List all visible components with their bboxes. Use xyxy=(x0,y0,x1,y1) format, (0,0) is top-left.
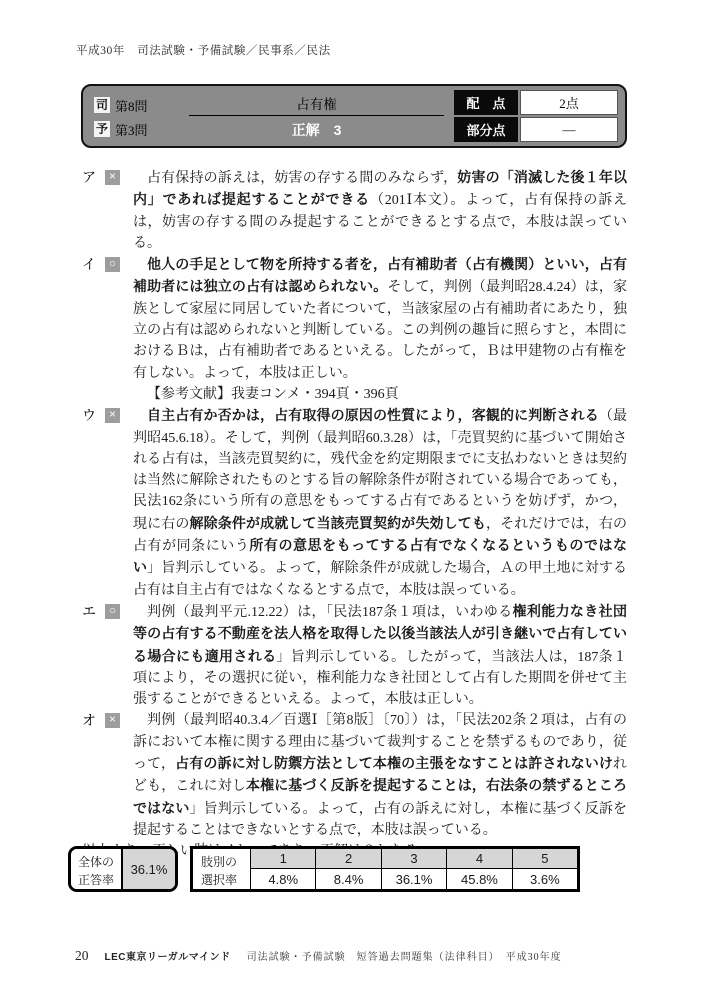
yobi-question-number: 第3問 xyxy=(115,120,148,139)
divider-line xyxy=(189,115,444,116)
yobi-question-row: 予 第3問 xyxy=(94,117,187,141)
explanation-paragraph: 判例（最判昭40.3.4／百選Ⅰ［第8版］〔70〕）は，「民法202条２項は，占… xyxy=(133,710,627,841)
points-table: 配 点 2点 部分点 — xyxy=(454,90,618,142)
choice-explanation-section: エ ○ 判例（最判平元.12.22）は，「民法187条１項は，いわゆる権利能力な… xyxy=(82,601,627,710)
choice-rate-value: 8.4% xyxy=(315,869,380,889)
choice-text: 占有保持の訴えは，妨害の存する間のみならず，妨害の「消滅した後１年以内」であれば… xyxy=(133,167,627,254)
choice-label: オ xyxy=(82,710,105,731)
choice-rate-value: 3.6% xyxy=(512,869,577,889)
choice-column-header: 2 xyxy=(315,849,380,869)
shihou-question-row: 司 第8問 xyxy=(94,93,187,117)
choice-rate-label-line1: 肢別の xyxy=(201,853,244,871)
overall-rate-label-line2: 正答率 xyxy=(78,871,114,889)
explanation-paragraph: 他人の手足として物を所持する者を，占有補助者（占有機関）といい，占有補助者には独… xyxy=(133,254,627,384)
explanation-list: ア × 占有保持の訴えは，妨害の存する間のみならず，妨害の「消滅した後１年以内」… xyxy=(82,167,627,841)
choice-mark-icon: × xyxy=(105,408,120,423)
choice-column-header: 3 xyxy=(381,849,446,869)
choice-rate-values: 4.8%8.4%36.1%45.8%3.6% xyxy=(251,869,577,889)
footer-title: 司法試験・予備試験 短答過去問題集（法律科目） 平成30年度 xyxy=(247,948,562,963)
choice-mark-icon: × xyxy=(105,170,120,185)
choice-label: イ xyxy=(82,254,105,275)
question-title-box: 司 第8問 予 第3問 占有権 正解 3 配 点 2点 部分点 — xyxy=(81,84,627,148)
choice-explanation-section: ウ × 自主占有か否かは，占有取得の原因の性質により，客観的に判断される（最判昭… xyxy=(82,405,627,601)
points-value: 2点 xyxy=(520,90,618,115)
choice-explanation-section: イ ○ 他人の手足として物を所持する者を，占有補助者（占有機関）といい，占有補助… xyxy=(82,254,627,405)
choice-rate-headers: 12345 xyxy=(251,849,577,869)
explanation-paragraph: 判例（最判平元.12.22）は，「民法187条１項は，いわゆる権利能力なき社団等… xyxy=(133,601,627,710)
shihou-exam-badge: 司 xyxy=(94,97,110,113)
choice-rate-table: 肢別の 選択率 12345 4.8%8.4%36.1%45.8%3.6% xyxy=(190,846,580,892)
explanation-paragraph: 自主占有か否かは，占有取得の原因の性質により，客観的に判断される（最判昭45.6… xyxy=(133,405,627,601)
choice-mark-icon: ○ xyxy=(105,604,120,619)
subject-and-answer: 占有権 正解 3 xyxy=(187,86,454,146)
choice-rate-columns: 12345 4.8%8.4%36.1%45.8%3.6% xyxy=(251,849,577,889)
choice-rate-value: 45.8% xyxy=(446,869,511,889)
choice-text: 自主占有か否かは，占有取得の原因の性質により，客観的に判断される（最判昭45.6… xyxy=(133,405,627,601)
partial-points-value: — xyxy=(520,117,618,142)
choice-rate-label-line2: 選択率 xyxy=(201,871,244,889)
choice-label: ウ xyxy=(82,405,105,426)
subject-title: 占有権 xyxy=(189,93,444,114)
explanation-body: ア × 占有保持の訴えは，妨害の存する間のみならず，妨害の「消滅した後１年以内」… xyxy=(82,167,627,863)
explanation-paragraph: 占有保持の訴えは，妨害の存する間のみならず，妨害の「消滅した後１年以内」であれば… xyxy=(133,167,627,254)
choice-label: エ xyxy=(82,601,105,622)
choice-column-header: 4 xyxy=(446,849,511,869)
overall-rate-label: 全体の 正答率 xyxy=(71,849,123,889)
yobi-exam-badge: 予 xyxy=(94,121,110,137)
points-label: 配 点 xyxy=(454,90,518,115)
choice-text: 他人の手足として物を所持する者を，占有補助者（占有機関）といい，占有補助者には独… xyxy=(133,254,627,405)
choice-mark-icon: × xyxy=(105,713,120,728)
statistics: 全体の 正答率 36.1% 肢別の 選択率 12345 4.8%8.4%36.1… xyxy=(68,846,580,892)
lec-logo: LEC東京リーガルマインド xyxy=(105,948,231,963)
overall-rate-value: 36.1% xyxy=(123,849,175,889)
choice-explanation-section: ア × 占有保持の訴えは，妨害の存する間のみならず，妨害の「消滅した後１年以内」… xyxy=(82,167,627,254)
choice-column-header: 1 xyxy=(251,849,315,869)
choice-rate-value: 4.8% xyxy=(251,869,315,889)
partial-points-label: 部分点 xyxy=(454,117,518,142)
book-page: 平成30年 司法試験・予備試験／民事系／民法 司 第8問 予 第3問 占有権 正… xyxy=(0,0,704,1000)
explanation-paragraph: 【参考文献】我妻コンメ・394頁・396頁 xyxy=(133,384,627,405)
choice-explanation-section: オ × 判例（最判昭40.3.4／百選Ⅰ［第8版］〔70〕）は，「民法202条２… xyxy=(82,710,627,841)
running-head: 平成30年 司法試験・予備試験／民事系／民法 xyxy=(76,42,331,58)
choice-rate-label: 肢別の 選択率 xyxy=(193,849,251,889)
page-footer: 20 LEC東京リーガルマインド 司法試験・予備試験 短答過去問題集（法律科目）… xyxy=(75,948,562,964)
question-numbers: 司 第8問 予 第3問 xyxy=(83,86,187,146)
correct-answer: 正解 3 xyxy=(189,118,444,142)
choice-mark-icon: ○ xyxy=(105,257,120,272)
overall-rate-table: 全体の 正答率 36.1% xyxy=(68,846,178,892)
overall-rate-label-line1: 全体の xyxy=(78,853,114,871)
choice-text: 判例（最判平元.12.22）は，「民法187条１項は，いわゆる権利能力なき社団等… xyxy=(133,601,627,710)
choice-rate-value: 36.1% xyxy=(381,869,446,889)
choice-column-header: 5 xyxy=(512,849,577,869)
choice-label: ア xyxy=(82,167,105,188)
shihou-question-number: 第8問 xyxy=(115,96,148,115)
page-number: 20 xyxy=(75,948,89,964)
choice-text: 判例（最判昭40.3.4／百選Ⅰ［第8版］〔70〕）は，「民法202条２項は，占… xyxy=(133,710,627,841)
